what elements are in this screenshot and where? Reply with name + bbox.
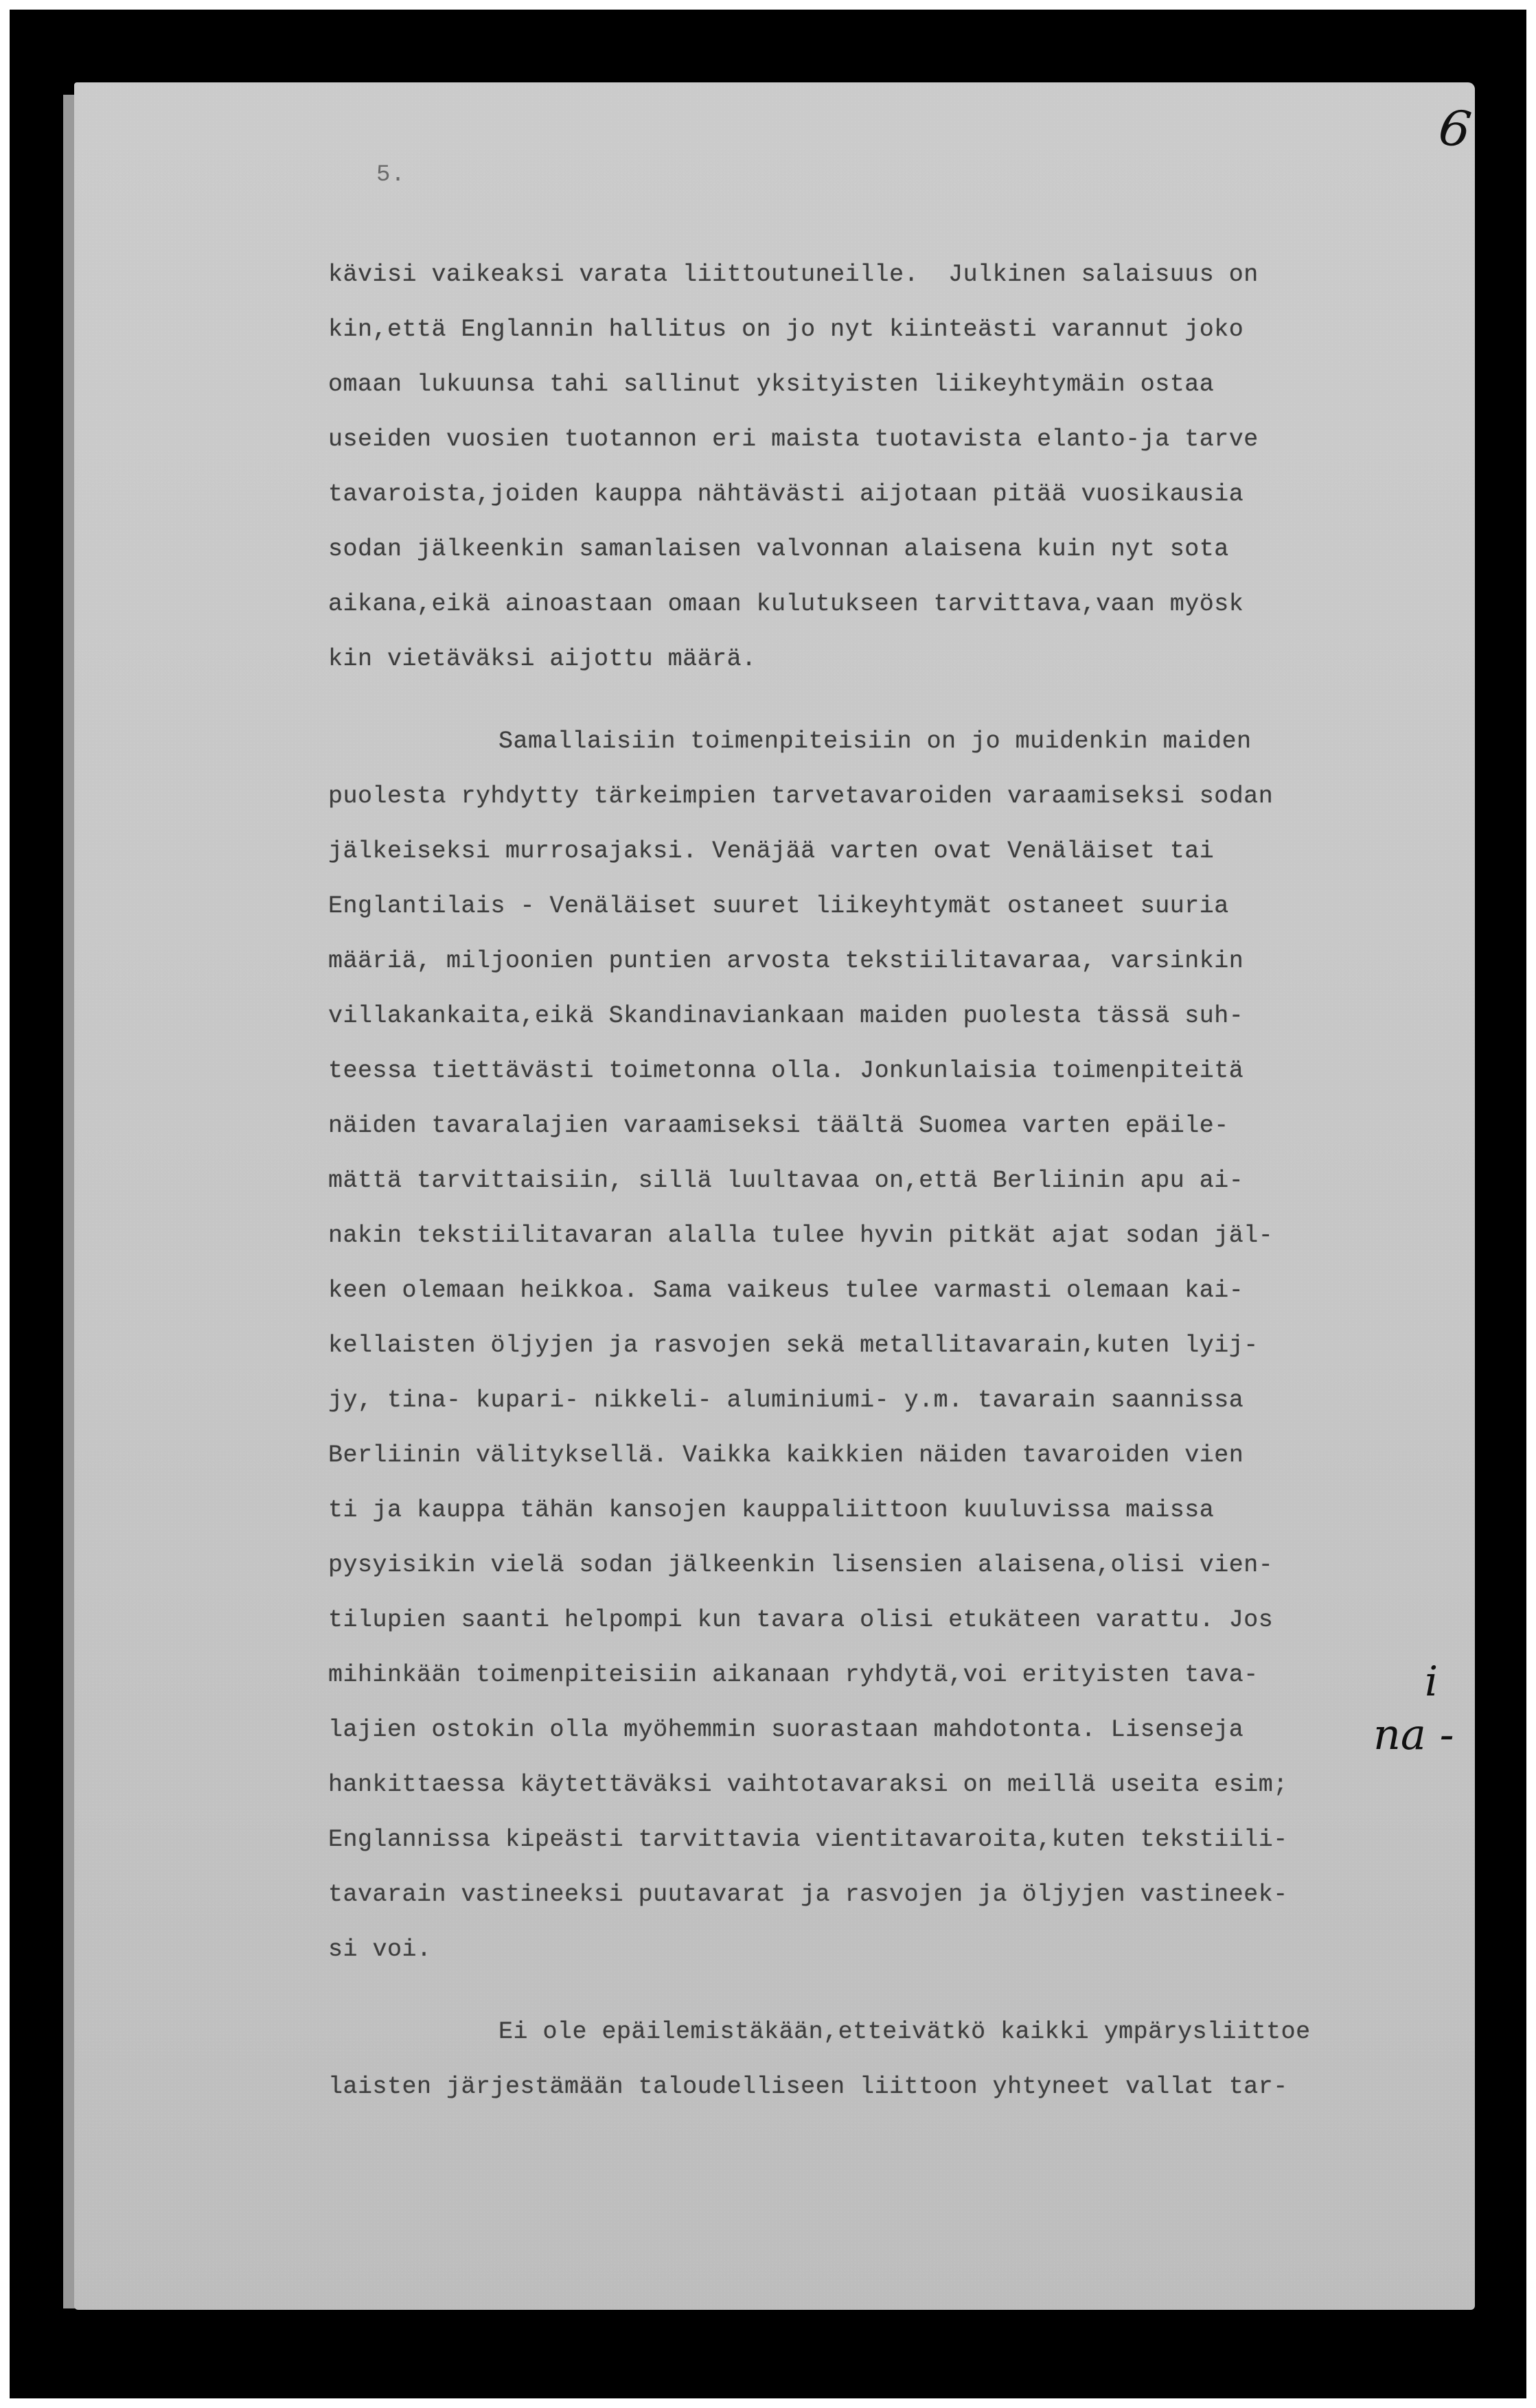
text-line: Berliinin välityksellä. Vaikka kaikkien … <box>328 1428 1427 1483</box>
text-line: villakankaita,eikä Skandinaviankaan maid… <box>328 988 1427 1043</box>
text-line: lajien ostokin olla myöhemmin suorastaan… <box>328 1702 1427 1757</box>
text-line: hankittaessa käytettäväksi vaihtotavarak… <box>328 1757 1427 1812</box>
text-line: jy, tina- kupari- nikkeli- aluminiumi- y… <box>328 1373 1427 1428</box>
text-line: omaan lukuunsa tahi sallinut yksityisten… <box>328 357 1427 412</box>
text-line: aikana,eikä ainoastaan omaan kulutukseen… <box>328 577 1427 632</box>
text-line: mihinkään toimenpiteisiin aikanaan ryhdy… <box>328 1647 1427 1702</box>
typed-page-number: 5. <box>376 162 406 188</box>
text-line: ti ja kauppa tähän kansojen kauppaliitto… <box>328 1483 1427 1538</box>
paragraph: kävisi vaikeaksi varata liittoutuneille.… <box>328 247 1427 686</box>
text-line: mättä tarvittaisiin, sillä luultavaa on,… <box>328 1153 1427 1208</box>
text-line: kellaisten öljyjen ja rasvojen sekä meta… <box>328 1318 1427 1373</box>
text-line: Ei ole epäilemistäkään,etteivätkö kaikki… <box>328 2004 1427 2059</box>
text-line: jälkeiseksi murrosajaksi. Venäjää varten… <box>328 824 1427 879</box>
text-line: keen olemaan heikkoa. Sama vaikeus tulee… <box>328 1263 1427 1318</box>
text-line: tavarain vastineeksi puutavarat ja rasvo… <box>328 1867 1427 1922</box>
text-line: sodan jälkeenkin samanlaisen valvonnan a… <box>328 522 1427 577</box>
text-line: teessa tiettävästi toimetonna olla. Jonk… <box>328 1043 1427 1098</box>
paragraph-gap <box>328 1977 1427 2004</box>
typed-text-body: kävisi vaikeaksi varata liittoutuneille.… <box>328 247 1427 2114</box>
text-line: laisten järjestämään taloudelliseen liit… <box>328 2059 1427 2114</box>
text-line: Samallaisiin toimenpiteisiin on jo muide… <box>328 714 1427 769</box>
paragraph: Samallaisiin toimenpiteisiin on jo muide… <box>328 714 1427 1977</box>
text-line: Englantilais - Venäläiset suuret liikeyh… <box>328 879 1427 934</box>
paragraph-gap <box>328 686 1427 714</box>
text-line: tavaroista,joiden kauppa nähtävästi aijo… <box>328 467 1427 522</box>
text-line: kin vietäväksi aijottu määrä. <box>328 632 1427 686</box>
text-line: tilupien saanti helpompi kun tavara olis… <box>328 1593 1427 1647</box>
text-line: useiden vuosien tuotannon eri maista tuo… <box>328 412 1427 467</box>
text-line: Englannissa kipeästi tarvittavia vientit… <box>328 1812 1427 1867</box>
text-line: si voi. <box>328 1922 1427 1977</box>
text-line: määriä, miljoonien puntien arvosta tekst… <box>328 934 1427 988</box>
paragraph: Ei ole epäilemistäkään,etteivätkö kaikki… <box>328 2004 1427 2114</box>
text-line: kävisi vaikeaksi varata liittoutuneille.… <box>328 247 1427 302</box>
text-line: pysyisikin vielä sodan jälkeenkin lisens… <box>328 1538 1427 1593</box>
text-line: kin,että Englannin hallitus on jo nyt ki… <box>328 302 1427 357</box>
text-line: puolesta ryhdytty tärkeimpien tarvetavar… <box>328 769 1427 824</box>
text-line: nakin tekstiilitavaran alalla tulee hyvi… <box>328 1208 1427 1263</box>
text-line: näiden tavaralajien varaamiseksi täältä … <box>328 1098 1427 1153</box>
